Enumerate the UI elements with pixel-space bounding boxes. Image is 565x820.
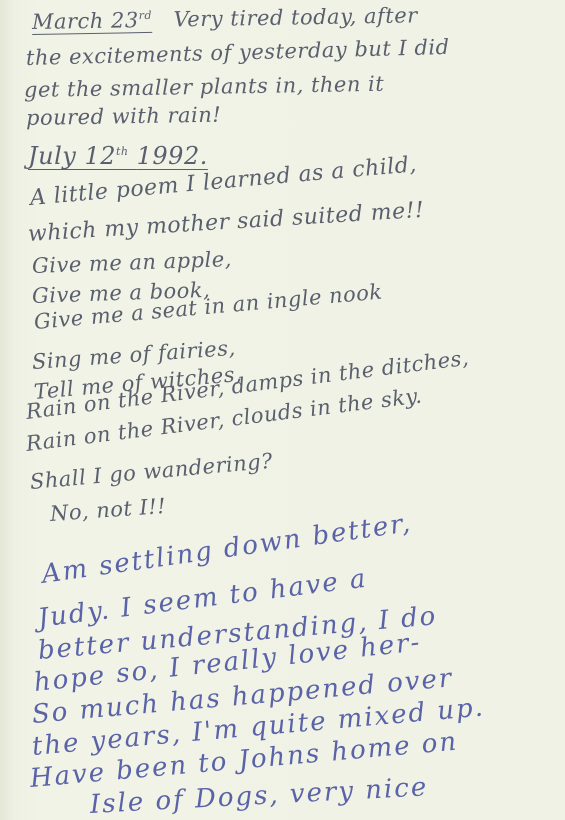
entry-march-line-3: get the smaller plants in, then it xyxy=(24,72,385,102)
entry-march-line-1: March 23rd Very tired today, after xyxy=(32,3,418,34)
entry-date-july: July 12th 1992. xyxy=(28,142,208,170)
entry-date-march: March 23rd xyxy=(32,8,152,34)
entry-march-line-2: the excitements of yesterday but I did xyxy=(26,35,450,70)
poem-line-1: Give me an apple, xyxy=(32,247,233,278)
diary-page: March 23rd Very tired today, after the e… xyxy=(0,0,565,820)
entry-text: Very tired today, after xyxy=(173,3,418,31)
poem-line-8: Shall I go wandering? xyxy=(29,449,274,494)
entry-march-line-4: poured with rain! xyxy=(26,103,222,130)
poem-line-9: No, not I!! xyxy=(49,494,167,526)
